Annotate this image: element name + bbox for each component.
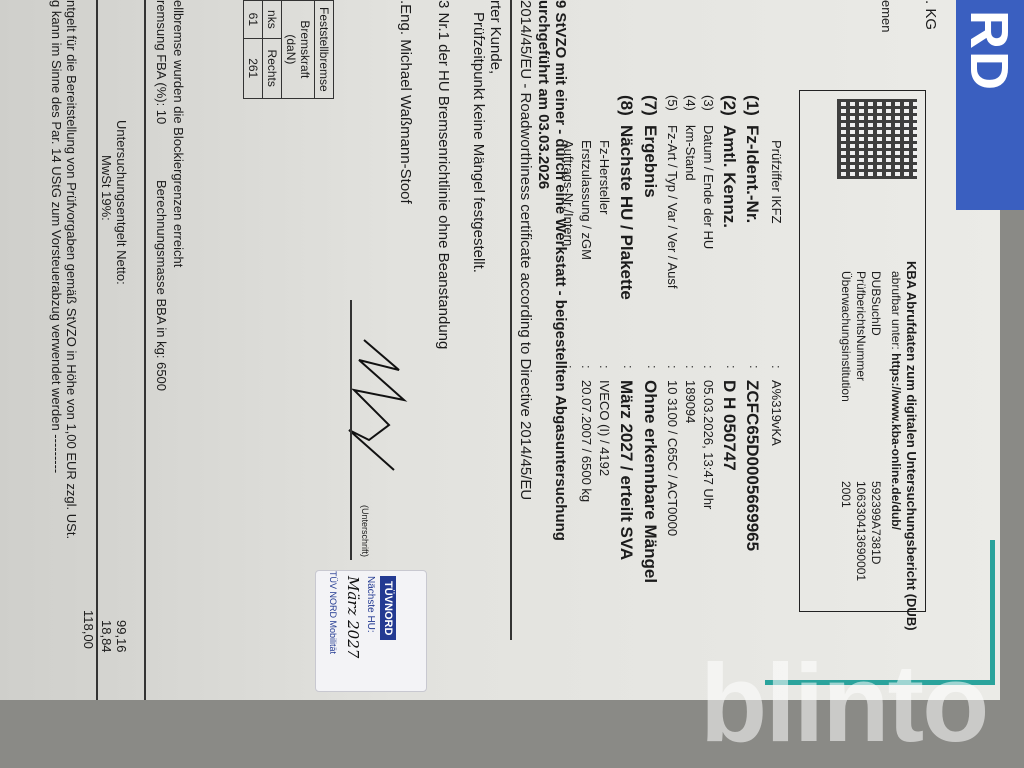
teal-frame-line [990, 540, 995, 685]
fee-footer-2: g kann im Sinne des Par. 14 UStG zum Vor… [49, 0, 64, 473]
brake-col-right: Rechts [263, 38, 282, 98]
row-number: (8) [616, 95, 636, 116]
kba-field-value: 2001 [839, 481, 853, 508]
divider [511, 0, 513, 640]
row-number: (5) [665, 95, 680, 111]
row-value: D H 050747 [719, 380, 739, 471]
brake-unit: (daN) [284, 34, 298, 64]
row-label: Erstzulassung / zGM [579, 140, 594, 260]
divider [145, 0, 147, 700]
row-colon: : [683, 365, 698, 369]
kba-field-label: DUBSuchID [869, 271, 883, 336]
kba-field-label: Überwachungsinstitution [839, 271, 853, 402]
brake-subtitle: Bremskraft [298, 20, 312, 78]
row-value: IVECO (I) / 4192 [597, 380, 612, 476]
signature-label: (Unterschrift) [360, 505, 370, 557]
signer-name: .Eng. Michael Waßmann-Stoof [397, 0, 414, 204]
row-value: ZCFC65D0005669965 [742, 380, 762, 551]
brake-note-3: Berechnungsmasse BBA in kg: 6500 [154, 180, 169, 391]
brand-banner: RD [956, 0, 1024, 210]
sticker-handwritten-date: März 2027 [344, 576, 362, 658]
brake-table: Feststellbremse Bremskraft(daN) nksRecht… [243, 0, 334, 99]
kba-url-label: abrufbar unter: https://www.kba-online.d… [889, 271, 903, 530]
row-colon: : [769, 365, 784, 369]
row-number: (2) [719, 95, 739, 116]
exhaust-line-2: urchgeführt am 03.03.2026 [535, 0, 552, 189]
letter-line-2: 3 Nr.1 der HU Bremsenrichtlinie ohne Bea… [435, 0, 452, 349]
row-number: (3) [701, 95, 716, 111]
kba-title: KBA Abrufdaten zum digitalen Untersuchun… [904, 261, 919, 631]
row-number: (1) [742, 95, 762, 116]
fee-vat-label: MwSt 19%: [99, 155, 114, 221]
row-number: (7) [640, 95, 660, 116]
brake-val-left: 61 [244, 1, 263, 39]
row-colon: : [645, 365, 660, 369]
divider [97, 0, 99, 700]
row-value: 189094 [683, 380, 698, 423]
kba-field-value: 106330413690001 [854, 481, 868, 581]
row-label: Amtl. Kennz. [719, 125, 739, 228]
letter-line-1: Prüfzeitpunkt keine Mängel festgestellt. [470, 12, 487, 273]
brake-col-left: nks [263, 1, 282, 39]
brand-fragment: RD [958, 10, 1020, 92]
row-label: Ergebnis [640, 125, 660, 198]
fee-vat-value: 18,84 [99, 620, 114, 653]
kba-url-prefix: abrufbar unter: [889, 271, 903, 353]
sticker-footer: TÜV NORD Mobilität [328, 571, 338, 654]
kba-field-label: PrüfberichtsNummer [854, 271, 868, 381]
row-label: Fz-Hersteller [597, 140, 612, 214]
row-colon: : [747, 365, 762, 369]
exhaust-line-1: 9 StVZO mit einer - durch eine Werkstatt… [552, 0, 569, 541]
watermark-logo: blinto [700, 640, 987, 767]
letter-greeting: rter Kunde, [487, 0, 504, 74]
sticker-next-label: Nächste HU: [365, 576, 376, 633]
row-label: Prüfziffer IKFZ [769, 140, 784, 224]
row-colon: : [579, 365, 594, 369]
row-label: Datum / Ende der HU [701, 125, 716, 249]
side-fragment: emen [879, 0, 894, 33]
fee-net-value: 99,16 [114, 620, 129, 653]
company-suffix: . KG [922, 0, 939, 30]
brake-val-right: 261 [244, 38, 263, 98]
row-value: Ohne erkennbare Mängel [640, 380, 660, 583]
row-value: März 2027 / erteilt SVA [616, 380, 636, 560]
brake-table-subtitle: Bremskraft(daN) [282, 1, 315, 99]
sticker-brand: TÜVNORD [380, 576, 396, 640]
exhaust-line-3: 2014/45/EU - Roadworthiness certificate … [517, 0, 534, 500]
row-colon: : [665, 365, 680, 369]
kba-url-link[interactable]: https://www.kba-online.de/dub/ [889, 353, 903, 530]
row-label: Fz-Ident.-Nr. [742, 125, 762, 223]
row-label: km-Stand [683, 125, 698, 181]
row-colon: : [701, 365, 716, 369]
signature-line [351, 300, 353, 560]
kba-info-box: KBA Abrufdaten zum digitalen Untersuchun… [799, 90, 926, 612]
row-colon: : [724, 365, 739, 369]
row-value: 10 3100 / C65C / ACT0000 [665, 380, 680, 536]
brake-table-title: Feststellbremse [315, 1, 334, 99]
row-number: (4) [683, 95, 698, 111]
brake-note-1: ellbremse wurden die Blockiergrenzen err… [171, 0, 186, 267]
row-colon: : [621, 365, 636, 369]
row-label: Fz-Art / Typ / Var / Ver / Ausf [665, 125, 680, 289]
kba-field-value: 592399A7381D [869, 481, 883, 564]
row-value: 20.07.2007 / 6500 kg [579, 380, 594, 502]
brake-note-2: remsung FBA (%): 10 [154, 0, 169, 124]
fee-total-value: 118,00 [81, 610, 96, 649]
row-value: 05.03.2026, 13:47 Uhr [701, 380, 716, 509]
row-label: Nächste HU / Plakette [616, 125, 636, 300]
row-value: A%319vKA [769, 380, 784, 446]
qr-code-icon [837, 99, 917, 179]
fee-net-label: Untersuchungsentgelt Netto: [114, 120, 129, 285]
fee-footer-1: ntgelt für die Bereitstellung von Prüfvo… [64, 0, 79, 539]
tuv-sticker: TÜVNORD Nächste HU: März 2027 TÜV NORD M… [315, 570, 427, 692]
row-colon: : [597, 365, 612, 369]
